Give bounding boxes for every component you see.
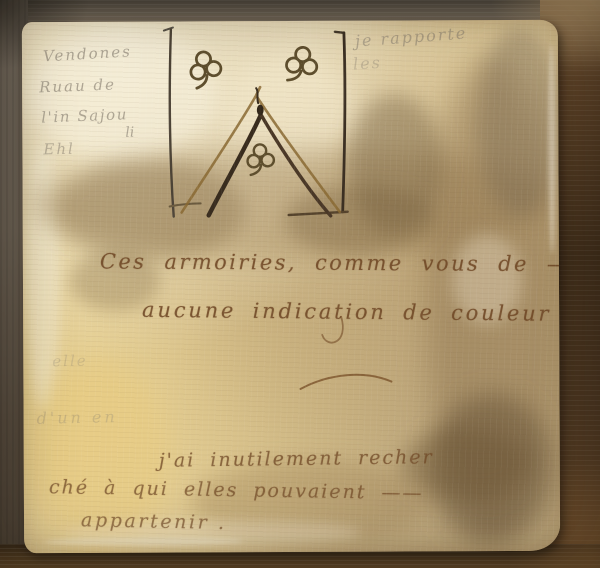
- frame-left-border: [170, 30, 174, 217]
- pencil-note-left-4: li: [125, 125, 135, 141]
- pencil-note-left-5: Ehl: [43, 140, 75, 159]
- trefoil-bottom-icon: [246, 143, 275, 175]
- trefoil-top-left-icon: [187, 49, 224, 89]
- ink-line-3: j'ai inutilement recher: [159, 446, 434, 472]
- ink-line-5: appartenir .: [81, 509, 227, 534]
- ink-line-1: Ces armoiries, comme vous de —: [100, 249, 560, 276]
- pencil-note-left-3: l'in Sajou: [41, 105, 128, 126]
- parchment-note: Ces armoiries, comme vous de — aucune in…: [22, 20, 560, 553]
- ink-flourish: [300, 375, 391, 389]
- parchment-surface: Ces armoiries, comme vous de — aucune in…: [22, 20, 560, 553]
- photo-of-armorial-note: Ces armoiries, comme vous de — aucune in…: [0, 0, 600, 568]
- pencil-note-mid-left-2: d'un en: [36, 407, 118, 428]
- frame-right-border: [342, 33, 346, 212]
- armorial-sketch: [22, 20, 560, 553]
- pencil-note-top-right-2: les: [353, 53, 383, 74]
- pencil-note-mid-left-1: elle: [52, 352, 88, 371]
- trefoil-top-right-icon: [285, 46, 319, 83]
- inner-chevron: [208, 88, 331, 217]
- ink-line-2: aucune indication de couleur: [142, 298, 551, 326]
- pencil-note-left-2: Ruau de: [39, 75, 116, 96]
